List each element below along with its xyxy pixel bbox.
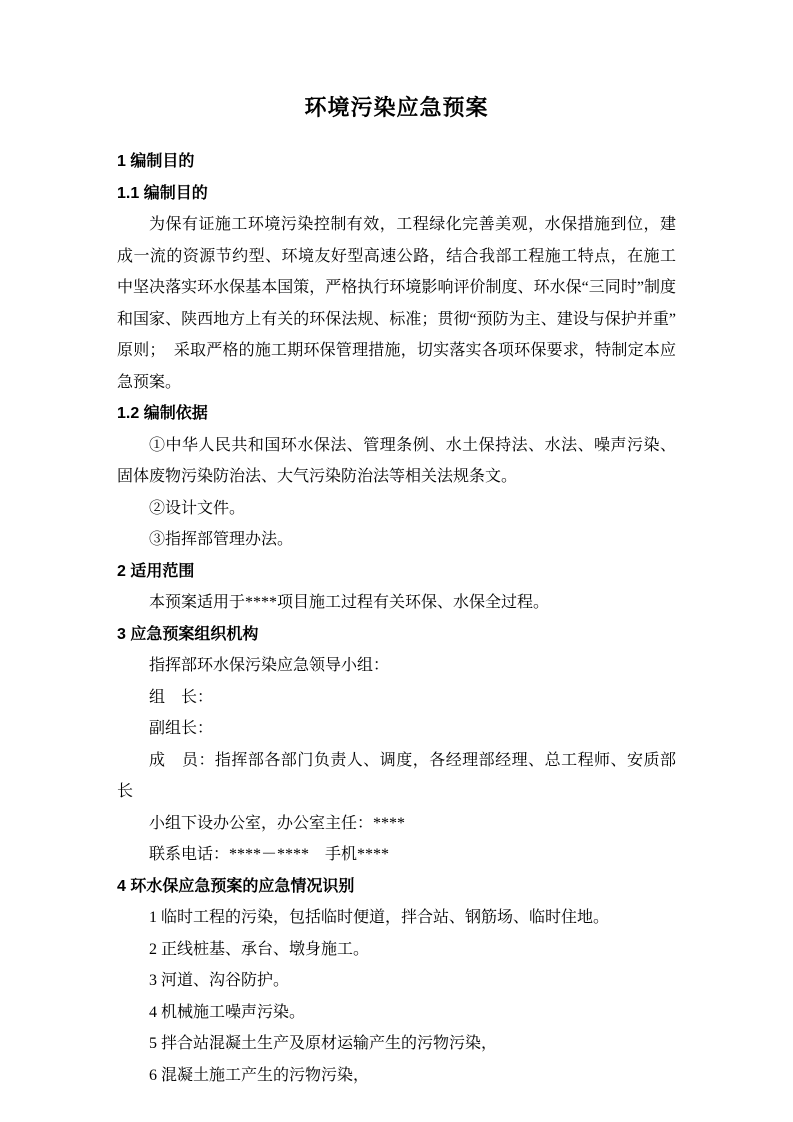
section-heading-2: 2 适用范围 <box>117 556 676 588</box>
body-paragraph: 指挥部环水保污染应急领导小组： <box>117 650 676 682</box>
list-item: 6 混凝土施工产生的污物污染， <box>117 1060 676 1092</box>
document-page: 环境污染应急预案 1 编制目的 1.1 编制目的 为保有证施工环境污染控制有效，… <box>0 0 793 1122</box>
list-item: 2 正线桩基、承台、墩身施工。 <box>117 934 676 966</box>
section-heading-4: 4 环水保应急预案的应急情况识别 <box>117 871 676 903</box>
section-heading-1-1: 1.1 编制目的 <box>117 178 676 210</box>
section-heading-3: 3 应急预案组织机构 <box>117 619 676 651</box>
list-item: 3 河道、沟谷防护。 <box>117 965 676 997</box>
body-paragraph: 为保有证施工环境污染控制有效，工程绿化完善美观，水保措施到位，建成一流的资源节约… <box>117 209 676 398</box>
section-heading-1-2: 1.2 编制依据 <box>117 398 676 430</box>
body-paragraph: 组 长： <box>117 682 676 714</box>
body-paragraph: ②设计文件。 <box>117 493 676 525</box>
list-item: 5 拌合站混凝土生产及原材运输产生的污物污染， <box>117 1028 676 1060</box>
section-heading-1: 1 编制目的 <box>117 146 676 178</box>
body-paragraph: ①中华人民共和国环水保法、管理条例、水土保持法、水法、噪声污染、固体废物污染防治… <box>117 430 676 493</box>
body-paragraph: ③指挥部管理办法。 <box>117 524 676 556</box>
list-item: 1 临时工程的污染，包括临时便道，拌合站、钢筋场、临时住地。 <box>117 902 676 934</box>
body-paragraph: 副组长： <box>117 713 676 745</box>
list-item: 4 机械施工噪声污染。 <box>117 997 676 1029</box>
body-paragraph: 联系电话：****－**** 手机**** <box>117 839 676 871</box>
body-paragraph: 成 员：指挥部各部门负责人、调度，各经理部经理、总工程师、安质部长 <box>117 745 676 808</box>
doc-title: 环境污染应急预案 <box>117 92 676 124</box>
body-paragraph: 小组下设办公室，办公室主任：**** <box>117 808 676 840</box>
body-paragraph: 本预案适用于****项目施工过程有关环保、水保全过程。 <box>117 587 676 619</box>
